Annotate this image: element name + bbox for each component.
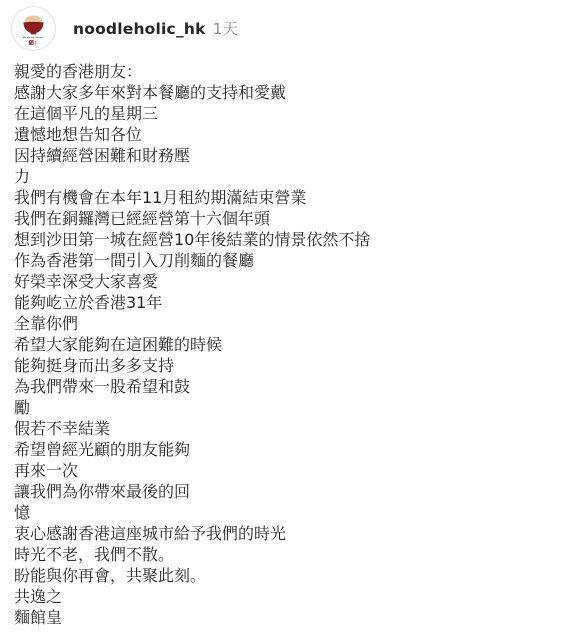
timestamp: 1天 — [213, 17, 238, 39]
noodle-bowl-logo-icon — [11, 6, 56, 51]
post-header: noodleholic_hk 1天 — [0, 0, 571, 52]
post-text-line: 憶 — [14, 502, 557, 523]
post-text-line: 衷心感謝香港這座城市給予我們的時光 — [14, 523, 557, 544]
post-text-line: 讓我們為你帶來最後的回 — [14, 481, 557, 502]
username[interactable]: noodleholic_hk — [73, 20, 206, 38]
header-text: noodleholic_hk 1天 — [73, 17, 238, 39]
post-text-line: 我們有機會在本年11月租約期滿結束營業 — [14, 187, 557, 208]
post-text-line: 為我們帶來一股希望和鼓 — [14, 376, 557, 397]
post-text-line: 共逸之 — [14, 586, 557, 607]
post-text-line: 勵 — [14, 397, 557, 418]
post-text-line: 能夠屹立於香港31年 — [14, 292, 557, 313]
post-text-line: 作為香港第一間引入刀削麵的餐廳 — [14, 250, 557, 271]
post-text-line: 全靠你們 — [14, 313, 557, 334]
post-text-line: 遺憾地想告知各位 — [14, 124, 557, 145]
post-text-line: 因持續經營困難和財務壓 — [14, 145, 557, 166]
post-text-line: 我們在銅鑼灣已經經營第十六個年頭 — [14, 208, 557, 229]
post-text-line: 時光不老，我們不散。 — [14, 544, 557, 565]
post-text-line: 好榮幸深受大家喜愛 — [14, 271, 557, 292]
post-text-line: 感謝大家多年來對本餐廳的支持和愛戴 — [14, 82, 557, 103]
post-text-line: 親愛的香港朋友： — [14, 61, 557, 82]
post-text-line: 盼能與你再會，共聚此刻。 — [14, 565, 557, 586]
avatar[interactable] — [11, 6, 56, 51]
post-text-line: 希望大家能夠在這困難的時候 — [14, 334, 557, 355]
post-text: 親愛的香港朋友：感謝大家多年來對本餐廳的支持和愛戴在這個平凡的星期三遺憾地想告知… — [0, 52, 571, 628]
post-text-line: 在這個平凡的星期三 — [14, 103, 557, 124]
post-text-line: 再來一次 — [14, 460, 557, 481]
post-text-line: 假若不幸結業 — [14, 418, 557, 439]
post-text-line: 力 — [14, 166, 557, 187]
post-text-line: 想到沙田第一城在經營10年後結業的情景依然不捨 — [14, 229, 557, 250]
post-text-line: 能夠挺身而出多多支持 — [14, 355, 557, 376]
post-text-line: 麵館皇 — [14, 607, 557, 628]
post-text-line: 希望曾經光顧的朋友能夠 — [14, 439, 557, 460]
